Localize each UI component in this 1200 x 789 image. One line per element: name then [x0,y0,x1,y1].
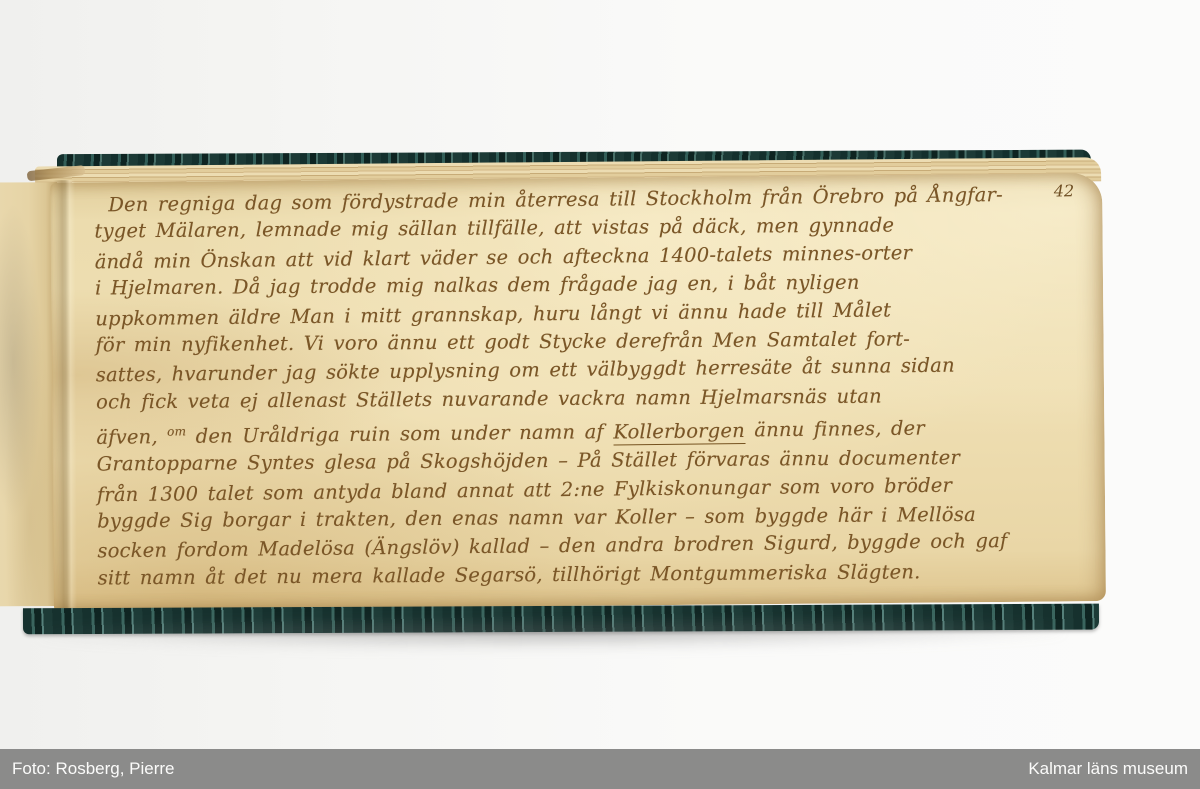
museum-photo-viewer: 42 Den regniga dag som fördystrade min å… [0,0,1200,789]
marbled-cover-edge-bottom [23,604,1099,635]
spine-fold [53,180,77,608]
photo-credit: Foto: Rosberg, Pierre [12,759,175,779]
notebook-photo: 42 Den regniga dag som fördystrade min å… [0,148,1107,635]
manuscript-page: 42 Den regniga dag som fördystrade min å… [50,173,1106,611]
museum-credit: Kalmar läns museum [1028,759,1188,779]
credit-bar: Foto: Rosberg, Pierre Kalmar läns museum [0,749,1200,789]
manuscript-text: Den regniga dag som fördystrade min åter… [94,181,1090,593]
